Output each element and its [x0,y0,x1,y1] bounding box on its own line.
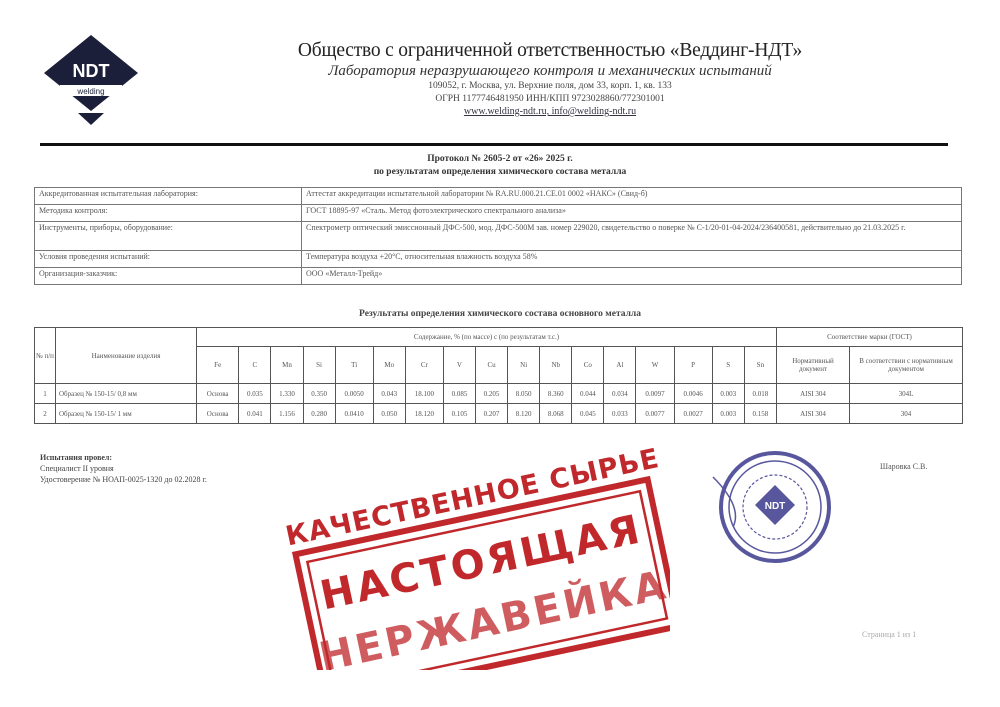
col-grade-doc: Нормативный документ [777,347,850,384]
table-row: 2Образец № 150-15/ 1 ммОснова0.0411.1560… [35,404,963,424]
value-co: 0.044 [572,384,604,404]
value-fe: Основа [197,384,239,404]
value-w: 0.0097 [636,384,674,404]
row-number: 2 [35,404,56,424]
sample-name: Образец № 150-15/ 1 мм [56,404,197,424]
col-element-fe: Fe [197,347,239,384]
svg-text:NDT: NDT [765,501,786,512]
results-table: № п/п Наименование изделия Содержание, %… [34,327,963,424]
contacts-link[interactable]: www.welding-ndt.ru, info@welding-ndt.ru [250,106,850,117]
value-cr: 18.120 [405,404,443,424]
tester-label: Испытания провел: [40,452,207,463]
quality-stamp-icon: КАЧЕСТВЕННОЕ СЫРЬЕ НАСТОЯЩАЯ НЕРЖАВЕЙКА [280,445,670,670]
ndt-logo-icon: NDT welding [40,33,142,128]
signer-name: Шаровка С.В. [880,462,927,471]
info-row: Методика контроля:ГОСТ 18895-97 «Сталь. … [35,205,962,222]
value-ti: 0.0410 [335,404,373,424]
value-ni: 8.120 [508,404,540,424]
value-sn: 0.158 [744,404,776,424]
tester-level: Специалист II уровня [40,463,207,474]
svg-text:NDT: NDT [73,61,110,81]
info-value: Температура воздуха +20°C, относительная… [302,251,962,268]
value-al: 0.034 [604,384,636,404]
value-si: 0.280 [303,404,335,424]
info-label: Инструменты, приборы, оборудование: [35,222,302,251]
info-table: Аккредитованная испытательная лаборатори… [34,187,962,285]
header-divider [40,143,948,146]
info-value: Аттестат аккредитации испытательной лабо… [302,188,962,205]
col-element-mo: Mo [373,347,405,384]
col-grade-result: В соответствии с нормативным документом [850,347,963,384]
grade-doc: AISI 304 [777,384,850,404]
col-element-sn: Sn [744,347,776,384]
tester-signature-block: Испытания провел: Специалист II уровня У… [40,452,207,485]
col-element-al: Al [604,347,636,384]
col-element-c: C [239,347,271,384]
col-element-v: V [443,347,475,384]
value-si: 0.350 [303,384,335,404]
col-element-w: W [636,347,674,384]
value-ni: 8.050 [508,384,540,404]
value-v: 0.105 [443,404,475,424]
sample-name: Образец № 150-15/ 0,8 мм [56,384,197,404]
col-name: Наименование изделия [56,328,197,384]
info-label: Аккредитованная испытательная лаборатори… [35,188,302,205]
lab-name: Лаборатория неразрушающего контроля и ме… [250,63,850,80]
value-v: 0.085 [443,384,475,404]
value-fe: Основа [197,404,239,424]
col-element-p: P [674,347,712,384]
info-label: Организация-заказчик: [35,268,302,285]
col-element-nb: Nb [540,347,572,384]
col-element-s: S [712,347,744,384]
value-p: 0.0027 [674,404,712,424]
value-cu: 0.205 [476,384,508,404]
value-s: 0.003 [712,384,744,404]
info-value: ООО «Металл-Трейд» [302,268,962,285]
org-name: Общество с ограниченной ответственностью… [250,40,850,62]
col-element-mn: Mn [271,347,303,384]
value-mn: 1.330 [271,384,303,404]
certificate-page: NDT welding Общество с ограниченной отве… [0,0,1000,707]
protocol-subtitle: по результатам определения химического с… [0,167,1000,177]
info-row: Аккредитованная испытательная лаборатори… [35,188,962,205]
page-number: Страница 1 из 1 [862,630,916,639]
value-cu: 0.207 [476,404,508,424]
col-element-ti: Ti [335,347,373,384]
col-element-si: Si [303,347,335,384]
info-row: Условия проведения испытаний:Температура… [35,251,962,268]
row-number: 1 [35,384,56,404]
value-c: 0.035 [239,384,271,404]
value-mo: 0.050 [373,404,405,424]
value-s: 0.003 [712,404,744,424]
value-sn: 0.018 [744,384,776,404]
svg-text:welding: welding [76,87,104,96]
value-mn: 1.156 [271,404,303,424]
value-nb: 8.360 [540,384,572,404]
info-row: Организация-заказчик:ООО «Металл-Трейд» [35,268,962,285]
protocol-title: Протокол № 2605-2 от «26» 2025 г. [0,154,1000,164]
tester-certificate: Удостоверение № НОАП-0025-1320 до 02.202… [40,474,207,485]
info-label: Методика контроля: [35,205,302,222]
col-element-cu: Cu [476,347,508,384]
company-seal-icon: NDT [703,447,847,567]
col-grade-group: Соответствие марки (ГОСТ) [777,328,963,347]
info-row: Инструменты, приборы, оборудование:Спект… [35,222,962,251]
col-composition: Содержание, % (по массе) с (по результат… [197,328,777,347]
results-title: Результаты определения химического соста… [0,309,1000,319]
address: 109052, г. Москва, ул. Верхние поля, дом… [250,80,850,93]
value-al: 0.033 [604,404,636,424]
value-p: 0.0046 [674,384,712,404]
col-element-cr: Cr [405,347,443,384]
info-value: Спектрометр оптический эмиссионный ДФС-5… [302,222,962,251]
info-value: ГОСТ 18895-97 «Сталь. Метод фотоэлектрич… [302,205,962,222]
value-co: 0.045 [572,404,604,424]
value-c: 0.041 [239,404,271,424]
value-ti: 0.0050 [335,384,373,404]
value-mo: 0.043 [373,384,405,404]
col-element-co: Co [572,347,604,384]
value-cr: 18.100 [405,384,443,404]
requisites: ОГРН 1177746481950 ИНН/КПП 9723028860/77… [250,93,850,106]
table-row: 1Образец № 150-15/ 0,8 ммОснова0.0351.33… [35,384,963,404]
grade-result: 304 [850,404,963,424]
company-header: Общество с ограниченной ответственностью… [250,40,850,117]
info-label: Условия проведения испытаний: [35,251,302,268]
value-nb: 8.068 [540,404,572,424]
col-num: № п/п [35,328,56,384]
grade-result: 304L [850,384,963,404]
col-element-ni: Ni [508,347,540,384]
grade-doc: AISI 304 [777,404,850,424]
value-w: 0.0077 [636,404,674,424]
